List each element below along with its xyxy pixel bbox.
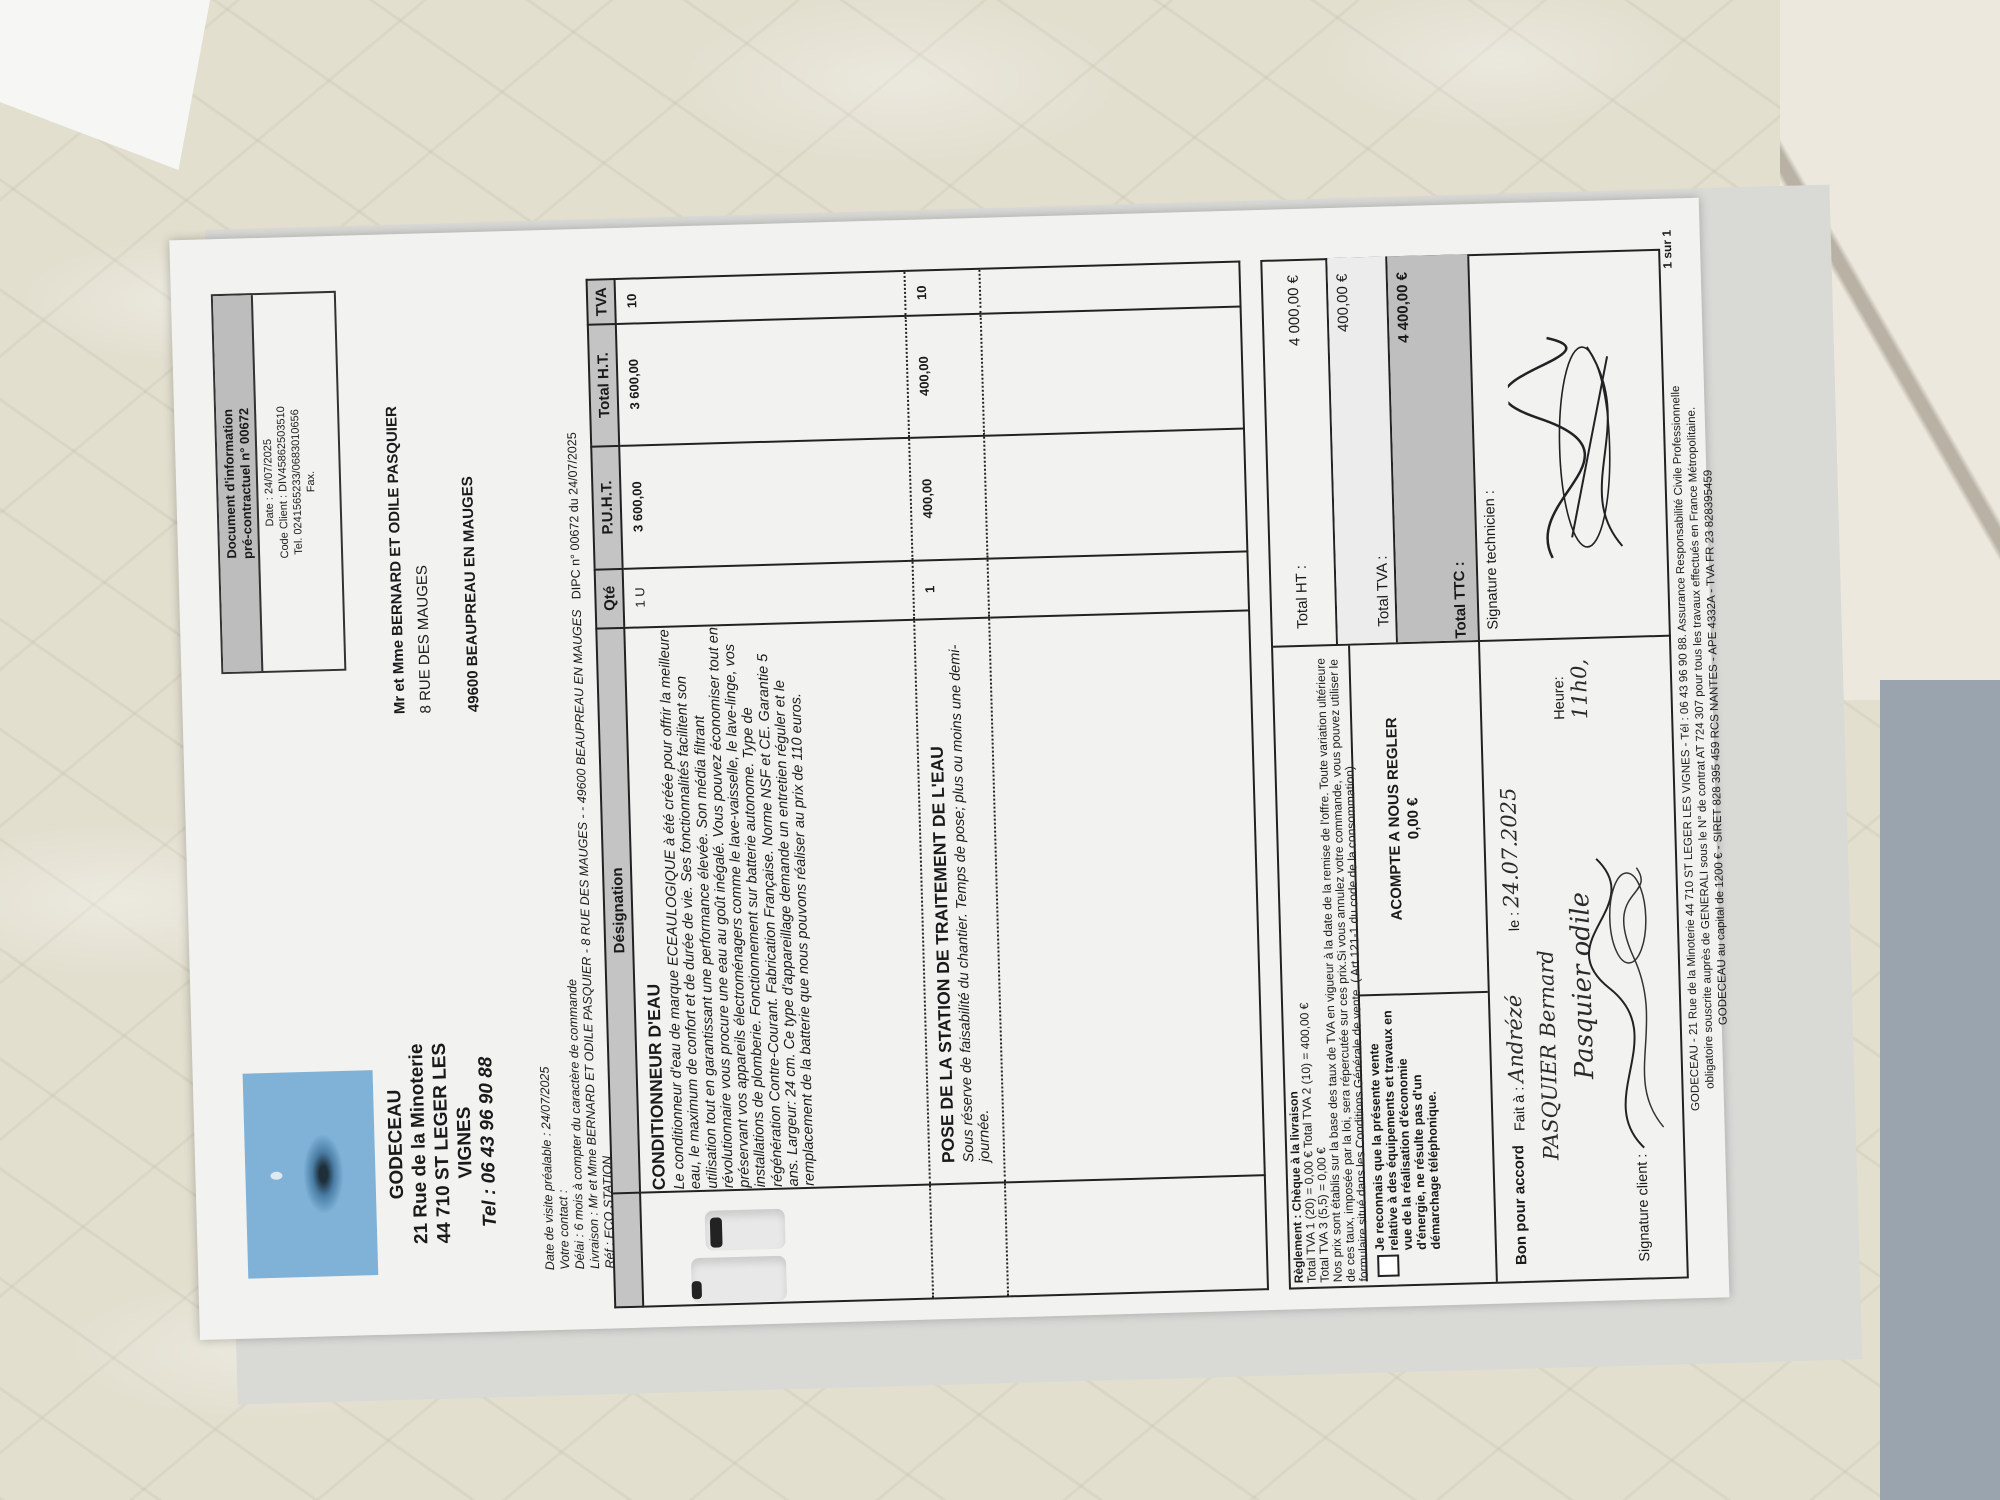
header-total: Total H.T. [588, 324, 619, 447]
total-ttc-value: 4 400,00 € [1394, 272, 1413, 343]
item-description: Le conditionneur d'eau de marque ECEAULO… [656, 624, 818, 1189]
place-label: Fait à : [1511, 1087, 1528, 1132]
date-label: le : [1507, 912, 1524, 932]
time-value: 11h0, [1567, 659, 1593, 720]
company-city: 44 710 ST LEGER LES VIGNES [427, 1012, 480, 1273]
line-items-table: Désignation Qté P.U.H.T. Total H.T. TVA [586, 261, 1270, 1309]
technician-signature-scribble [1506, 315, 1663, 579]
client-signature-scribble [1576, 837, 1680, 1160]
item-vat: 10 [904, 269, 980, 316]
total-ht-label: Total HT : [1293, 565, 1312, 629]
total-ttc-label: Total TTC : [1451, 561, 1470, 639]
item-total: 400,00 [906, 313, 984, 437]
item-total: 3 600,00 [616, 316, 909, 446]
client-address: Mr et Mme BERNARD ET ODILE PASQUIER 8 RU… [379, 404, 488, 715]
header-unit-price: P.U.H.T. [591, 446, 622, 569]
product-image [679, 1190, 792, 1313]
document-info-box: Document d'information pré-contractuel n… [211, 291, 347, 674]
document-page: GODECEAU 21 Rue de la Minoterie 44 710 S… [169, 198, 1729, 1340]
technician-signature-box: Signature technicien : [1469, 251, 1671, 642]
table-row: CONDITIONNEUR D'EAU Le conditionneur d'e… [615, 271, 934, 1307]
item-qty: 1 U [623, 560, 915, 627]
total-tva-label: Total TVA : [1374, 555, 1393, 627]
technician-signature-label: Signature technicien : [1482, 490, 1502, 630]
date-value: 24.07.2025 [1496, 787, 1523, 908]
company-logo [243, 1070, 379, 1279]
deposit-box: ACOMPTE A NOUS REGLER 0,00 € [1348, 642, 1488, 996]
time-label: Heure: [1551, 659, 1569, 720]
item-unit-price: 3 600,00 [619, 438, 912, 569]
table-row-empty [979, 262, 1268, 1297]
acknowledgement-text: Je reconnais que la présente vente relat… [1367, 1010, 1443, 1251]
acknowledgement: Je reconnais que la présente vente relat… [1358, 993, 1496, 1282]
client-handwritten-name: PASQUIER Bernard [1534, 950, 1564, 1161]
dipc-reference: DIPC n° 00672 du 24/07/2025 [565, 432, 584, 599]
item-vat: 10 [615, 271, 906, 324]
client-signature-label: Signature client : [1634, 1153, 1653, 1261]
header-qty: Qté [595, 568, 625, 628]
place-value: Andrézé [1502, 994, 1528, 1083]
header-vat: TVA [587, 279, 616, 324]
totals-box: Total HT : 4 000,00 € Total TVA : 400,00… [1262, 256, 1478, 648]
item-unit-price: 400,00 [909, 436, 987, 561]
acknowledgement-checkbox[interactable] [1377, 1254, 1400, 1277]
total-tva-value: 400,00 € [1334, 273, 1353, 332]
summary-block: Règlement : Chèque à la livraison Total … [1260, 249, 1689, 1290]
fabric-edge [1880, 680, 2000, 1500]
total-ht-value: 4 000,00 € [1285, 275, 1304, 346]
item-qty: 1 [913, 558, 990, 619]
approval-label: Bon pour accord [1510, 1145, 1530, 1265]
company-header: GODECEAU 21 Rue de la Minoterie 44 710 S… [381, 1012, 503, 1275]
signature-area: Bon pour accord Fait à : Andrézé le : 24… [1467, 251, 1687, 1282]
page-number: 1 sur 1 [1660, 230, 1675, 269]
client-city: 49600 BEAUPREAU EN MAUGES [453, 404, 488, 713]
header-image [612, 1193, 643, 1308]
